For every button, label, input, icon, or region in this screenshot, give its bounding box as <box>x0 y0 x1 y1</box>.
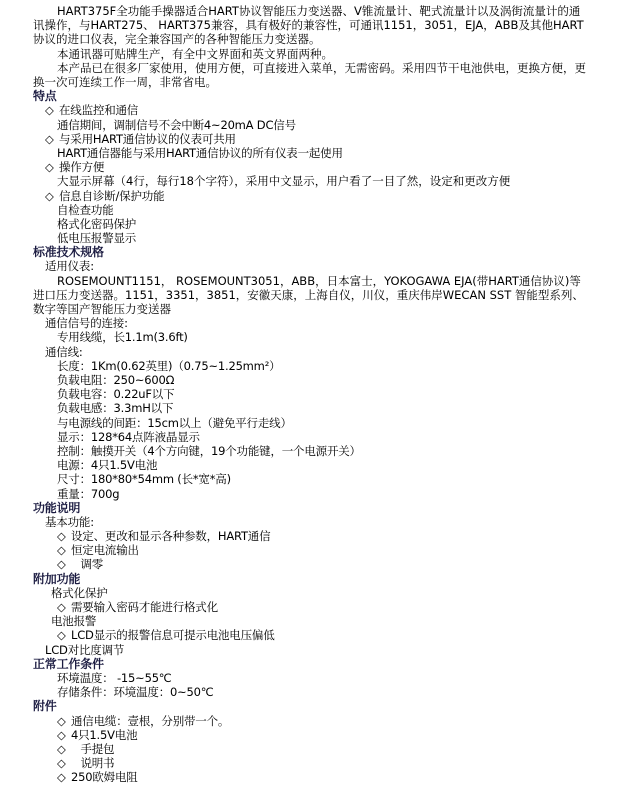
accessory-item: ◇通信电缆：壹根，分别带一个。 <box>33 714 588 728</box>
heading-functions: 功能说明 <box>33 501 588 515</box>
feature-desc: 自检查功能 <box>33 203 588 217</box>
diamond-bullet-icon: ◇ <box>45 132 59 146</box>
diamond-bullet-icon: ◇ <box>57 628 71 642</box>
diamond-bullet-icon: ◇ <box>45 189 59 203</box>
spec-label: 通信信号的连接: <box>33 316 588 330</box>
extra-item: ◇LCD显示的报警信息可提示电池电压偏低 <box>33 628 588 642</box>
spec-line-item: 重量：700g <box>33 487 588 501</box>
feature-item: ◇与采用HART通信协议的仪表可共用 <box>33 132 588 146</box>
function-item: ◇恒定电流输出 <box>33 543 588 557</box>
diamond-bullet-icon: ◇ <box>57 770 71 784</box>
diamond-bullet-icon: ◇ <box>57 529 71 543</box>
function-label: 基本功能: <box>33 515 588 529</box>
feature-desc: HART通信器能与采用HART通信协议的所有仪表一起使用 <box>33 146 588 160</box>
diamond-bullet-icon: ◇ <box>57 728 71 742</box>
heading-accessories: 附件 <box>33 699 588 713</box>
feature-item: ◇操作方便 <box>33 160 588 174</box>
spec-text: ROSEMOUNT1151， ROSEMOUNT3051，ABB，日本富士，YO… <box>33 274 588 317</box>
accessory-item: ◇ 说明书 <box>33 756 588 770</box>
intro-paragraph-3: 本产品已在很多厂家使用，使用方便，可直接进入菜单，无需密码。采用四节干电池供电，… <box>33 61 588 89</box>
heading-extra: 附加功能 <box>33 572 588 586</box>
heading-features: 特点 <box>33 89 588 103</box>
spec-line-item: 控制：触摸开关（4个方向键，19个功能键，一个电源开关） <box>33 444 588 458</box>
condition-item: 存储条件：环境温度：0~50℃ <box>33 685 588 699</box>
spec-line-item: 尺寸：180*80*54mm (长*宽*高) <box>33 472 588 486</box>
diamond-bullet-icon: ◇ <box>57 600 71 614</box>
accessory-item: ◇4只1.5V电池 <box>33 728 588 742</box>
diamond-bullet-icon: ◇ <box>57 742 71 756</box>
spec-line-item: 显示：128*64点阵液晶显示 <box>33 430 588 444</box>
feature-desc: 通信期间，调制信号不会中断4~20mA DC信号 <box>33 118 588 132</box>
spec-line-item: 长度：1Km(0.62英里)（0.75~1.25mm²） <box>33 359 588 373</box>
extra-label: 电池报警 <box>33 614 588 628</box>
diamond-bullet-icon: ◇ <box>45 103 59 117</box>
diamond-bullet-icon: ◇ <box>57 756 71 770</box>
diamond-bullet-icon: ◇ <box>57 714 71 728</box>
intro-paragraph-2: 本通讯器可贴牌生产，有全中文界面和英文界面两种。 <box>33 47 588 61</box>
feature-desc: 格式化密码保护 <box>33 217 588 231</box>
function-item: ◇设定、更改和显示各种参数，HART通信 <box>33 529 588 543</box>
spec-label: 通信线: <box>33 345 588 359</box>
function-item: ◇ 调零 <box>33 557 588 571</box>
spec-text: 专用线缆，长1.1m(3.6ft) <box>33 330 588 344</box>
spec-line-item: 负载电阻：250~600Ω <box>33 373 588 387</box>
extra-item: ◇需要输入密码才能进行格式化 <box>33 600 588 614</box>
heading-conditions: 正常工作条件 <box>33 657 588 671</box>
feature-item: ◇信息自诊断/保护功能 <box>33 189 588 203</box>
extra-label: LCD对比度调节 <box>33 643 588 657</box>
feature-desc: 大显示屏幕（4行，每行18个字符），采用中文显示，用户看了一目了然，设定和更改方… <box>33 174 588 188</box>
condition-item: 环境温度： -15~55℃ <box>33 671 588 685</box>
diamond-bullet-icon: ◇ <box>45 160 59 174</box>
document: HART375F全功能手操器适合HART协议智能压力变送器、V锥流量计、靶式流量… <box>33 4 588 784</box>
spec-line-item: 负载电感：3.3mH以下 <box>33 401 588 415</box>
extra-label: 格式化保护 <box>33 586 588 600</box>
spec-line-item: 与电源线的间距：15cm以上（避免平行走线） <box>33 416 588 430</box>
diamond-bullet-icon: ◇ <box>57 543 71 557</box>
accessory-item: ◇250欧姆电阻 <box>33 770 588 784</box>
spec-line-item: 电源：4只1.5V电池 <box>33 458 588 472</box>
spec-line-item: 负载电容：0.22uF以下 <box>33 387 588 401</box>
heading-specs: 标准技术规格 <box>33 245 588 259</box>
diamond-bullet-icon: ◇ <box>57 557 71 571</box>
spec-label: 适用仪表: <box>33 259 588 273</box>
feature-item: ◇在线监控和通信 <box>33 103 588 117</box>
accessory-item: ◇ 手提包 <box>33 742 588 756</box>
intro-paragraph-1: HART375F全功能手操器适合HART协议智能压力变送器、V锥流量计、靶式流量… <box>33 4 588 47</box>
feature-desc: 低电压报警显示 <box>33 231 588 245</box>
